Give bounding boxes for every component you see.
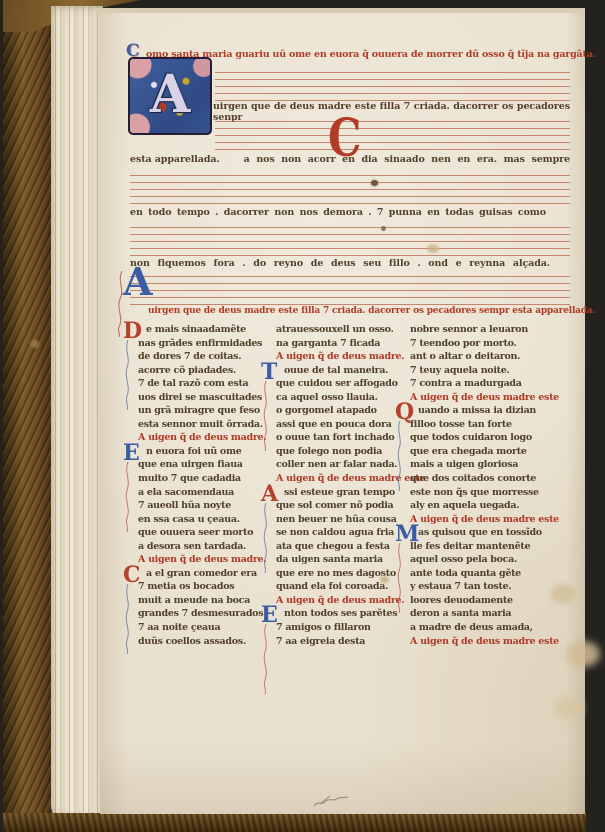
verse-line: que era chegada morte xyxy=(410,446,536,460)
refrain-rubric: uirgen que de deus madre este filla 7 cr… xyxy=(148,306,572,316)
verse-line: y estaua 7 tan toste. xyxy=(410,581,536,595)
stain xyxy=(30,340,39,348)
verse-line: de dores 7 de coitas. xyxy=(138,351,258,365)
pen-flourish xyxy=(124,340,132,410)
stanza-initial: E xyxy=(261,604,277,626)
verse-line: deron a santa maria xyxy=(410,608,536,622)
verse-line: o gorgomel atapado xyxy=(276,405,398,419)
verse-line: aquel osso pela boca. xyxy=(410,554,536,568)
verse-line: 7 de tal razõ com esta xyxy=(138,378,258,392)
verse-line: a madre de deus amada, xyxy=(410,622,536,636)
verse-line: que todos cuidaron logo xyxy=(410,432,536,446)
verse-line: que folego non podia xyxy=(276,446,398,460)
verse-line: que ena uirgen fiaua xyxy=(138,459,258,473)
verse-line: nobre sennor a leuaron xyxy=(410,324,536,338)
verse-line: loores deuodamente xyxy=(410,595,536,609)
pen-flourish xyxy=(396,543,404,613)
verse-line: muit a meude na boca xyxy=(138,595,258,609)
verse-line: que cuidou ser affogado xyxy=(276,378,398,392)
music-staff-empty xyxy=(130,276,570,305)
stanza-initial: E xyxy=(123,442,139,464)
stain xyxy=(555,697,583,719)
verse-line: ssi esteue gran tempoA xyxy=(276,487,398,501)
stain xyxy=(427,244,439,253)
verse-line: 7 amigos o fillaron xyxy=(276,622,398,636)
music-staff-empty xyxy=(130,227,570,256)
pen-flourish xyxy=(262,381,270,451)
stain xyxy=(380,576,389,583)
lyric-line: en todo tempo . dacorrer non nos demora … xyxy=(130,207,546,218)
verse-line: este non q̃s que morresse xyxy=(410,487,536,501)
verse-line: 7 aa eigreia desta xyxy=(276,636,398,650)
verse-line: ante toda quanta gẽte xyxy=(410,568,536,582)
refrain-line: A uigen q̃ de deus madre este xyxy=(410,392,536,406)
manuscript-page: C omo santa maria guariu uũ ome en euora… xyxy=(100,13,585,814)
page-edges-stack xyxy=(51,6,103,820)
pen-flourish xyxy=(396,421,404,491)
verse-line: a ela sacomendaua xyxy=(138,487,258,501)
verse-line: esta sennor muit õrrada. xyxy=(138,419,258,433)
verse-line: acorre cõ piadades. xyxy=(138,365,258,379)
lyric-fragment: esta apparellada. xyxy=(130,154,220,165)
verse-line: 7 teendoo por morto. xyxy=(410,338,536,352)
pen-flourish xyxy=(262,624,270,694)
pen-flourish xyxy=(124,462,132,532)
verse-line: 7 aa noite çeaua xyxy=(138,622,258,636)
pen-flourish xyxy=(262,503,270,573)
verse-line: muito 7 que cadadia xyxy=(138,473,258,487)
verse-line: na garganta 7 ficada xyxy=(276,338,398,352)
verse-line: mais a uigen gloriosa xyxy=(410,459,536,473)
verse-line: coller nen ar falar nada. xyxy=(276,459,398,473)
verse-line: se non caldou agua fria xyxy=(276,527,398,541)
lyric-line: uirgen que de deus madre este filla 7 cr… xyxy=(213,101,570,123)
verse-line: as quisou que en tossĩdoM xyxy=(410,527,536,541)
refrain-initial: A xyxy=(123,263,152,301)
verse-line: nen beuer ne hũa cousa xyxy=(276,514,398,528)
verse-column-left: e mais sinaadamêteDnas grãdes enfirmidad… xyxy=(138,324,258,649)
verse-line: ouue de tal maneira.T xyxy=(276,365,398,379)
refrain-line: A uigen q̃ de deus madre. xyxy=(276,351,398,365)
verse-line: atrauessouxell un osso. xyxy=(276,324,398,338)
refrain-line: A uigen q̃ de deus madre este xyxy=(410,636,536,650)
refrain-line: A uigen q̃ de deus madre. xyxy=(138,432,258,446)
binding-leather-bottom xyxy=(3,813,586,832)
binding-leather-spine xyxy=(3,0,53,832)
stain xyxy=(550,584,576,604)
verse-line: assi que en pouca dora xyxy=(276,419,398,433)
refrain-line: A uigen q̃ de deus madre. xyxy=(276,595,398,609)
verse-line: ca aquel osso llauia. xyxy=(276,392,398,406)
illuminated-initial-letter: A xyxy=(130,65,210,125)
lyric-line: esta apparellada. a nos non acorr en dia… xyxy=(130,154,570,165)
verse-line: uando a missa ia dizianQ xyxy=(410,405,536,419)
verse-line: filloo tosse tan forte xyxy=(410,419,536,433)
illuminated-initial: A xyxy=(128,57,212,135)
verse-line: que sol comer nõ podia xyxy=(276,500,398,514)
verse-column-middle: atrauessouxell un osso.na garganta 7 fic… xyxy=(276,324,398,649)
refrain-line: A uigen q̃ de deus madre este xyxy=(410,514,536,528)
music-staff-empty xyxy=(215,121,570,150)
stanza-initial: T xyxy=(261,361,277,383)
verse-line: 7 contra a madurgada xyxy=(410,378,536,392)
verse-line: en ssa casa u çeaua. xyxy=(138,514,258,528)
initial-gap xyxy=(220,154,244,165)
verse-line: n euora foi uũ omeE xyxy=(138,446,258,460)
verse-line: quand ela foi coroada. xyxy=(276,581,398,595)
ink-scribble xyxy=(310,792,354,810)
verse-line: nas grãdes enfirmidades xyxy=(138,338,258,352)
verse-line: un grã miragre que feso xyxy=(138,405,258,419)
verse-line: 7 metia os bocados xyxy=(138,581,258,595)
music-staff-empty xyxy=(130,175,570,204)
verse-line: a el gran comedor eraC xyxy=(138,568,258,582)
stain xyxy=(371,180,378,186)
refrain-line: A uigen q̃ de deus madre este xyxy=(276,473,398,487)
stain xyxy=(381,226,386,231)
verse-line: lle fes deitar mantenẽte xyxy=(410,541,536,555)
verse-line: uos direi se mascuitades xyxy=(138,392,258,406)
stain xyxy=(566,641,600,667)
verse-line: ant o altar o deitaron. xyxy=(410,351,536,365)
verse-line: a desora sen tardada. xyxy=(138,541,258,555)
verse-line: grandes 7 desmesurados xyxy=(138,608,258,622)
verse-line: ata que chegou a festa xyxy=(276,541,398,555)
verse-line: aly en aquela uegada. xyxy=(410,500,536,514)
music-staff-empty xyxy=(215,72,570,101)
verse-line: duũs coellos assados. xyxy=(138,636,258,650)
verse-line: nton todos ses parẽtesE xyxy=(276,608,398,622)
verse-line: e mais sinaadamêteD xyxy=(138,324,258,338)
verse-line: que ouuera seer morto xyxy=(138,527,258,541)
refrain-line: A uigen q̃ de deus madre. xyxy=(138,554,258,568)
verse-column-right: nobre sennor a leuaron7 teendoo por mort… xyxy=(410,324,536,649)
verse-line: 7 aueoll hũa noyte xyxy=(138,500,258,514)
pen-flourish xyxy=(124,584,132,654)
lyric-line: non fiquemos fora . do reyno de deus seu… xyxy=(130,258,550,269)
lyric-fragment: a nos non acorr en dia sinaado nen en er… xyxy=(244,154,570,165)
manuscript-photo: C omo santa maria guariu uũ ome en euora… xyxy=(0,0,605,832)
verse-line: da uigen santa maria xyxy=(276,554,398,568)
verse-line: 7 teuy aquela noite. xyxy=(410,365,536,379)
verse-line: o ouue tan fort inchado xyxy=(276,432,398,446)
verse-line: que dos coitados conorte xyxy=(410,473,536,487)
